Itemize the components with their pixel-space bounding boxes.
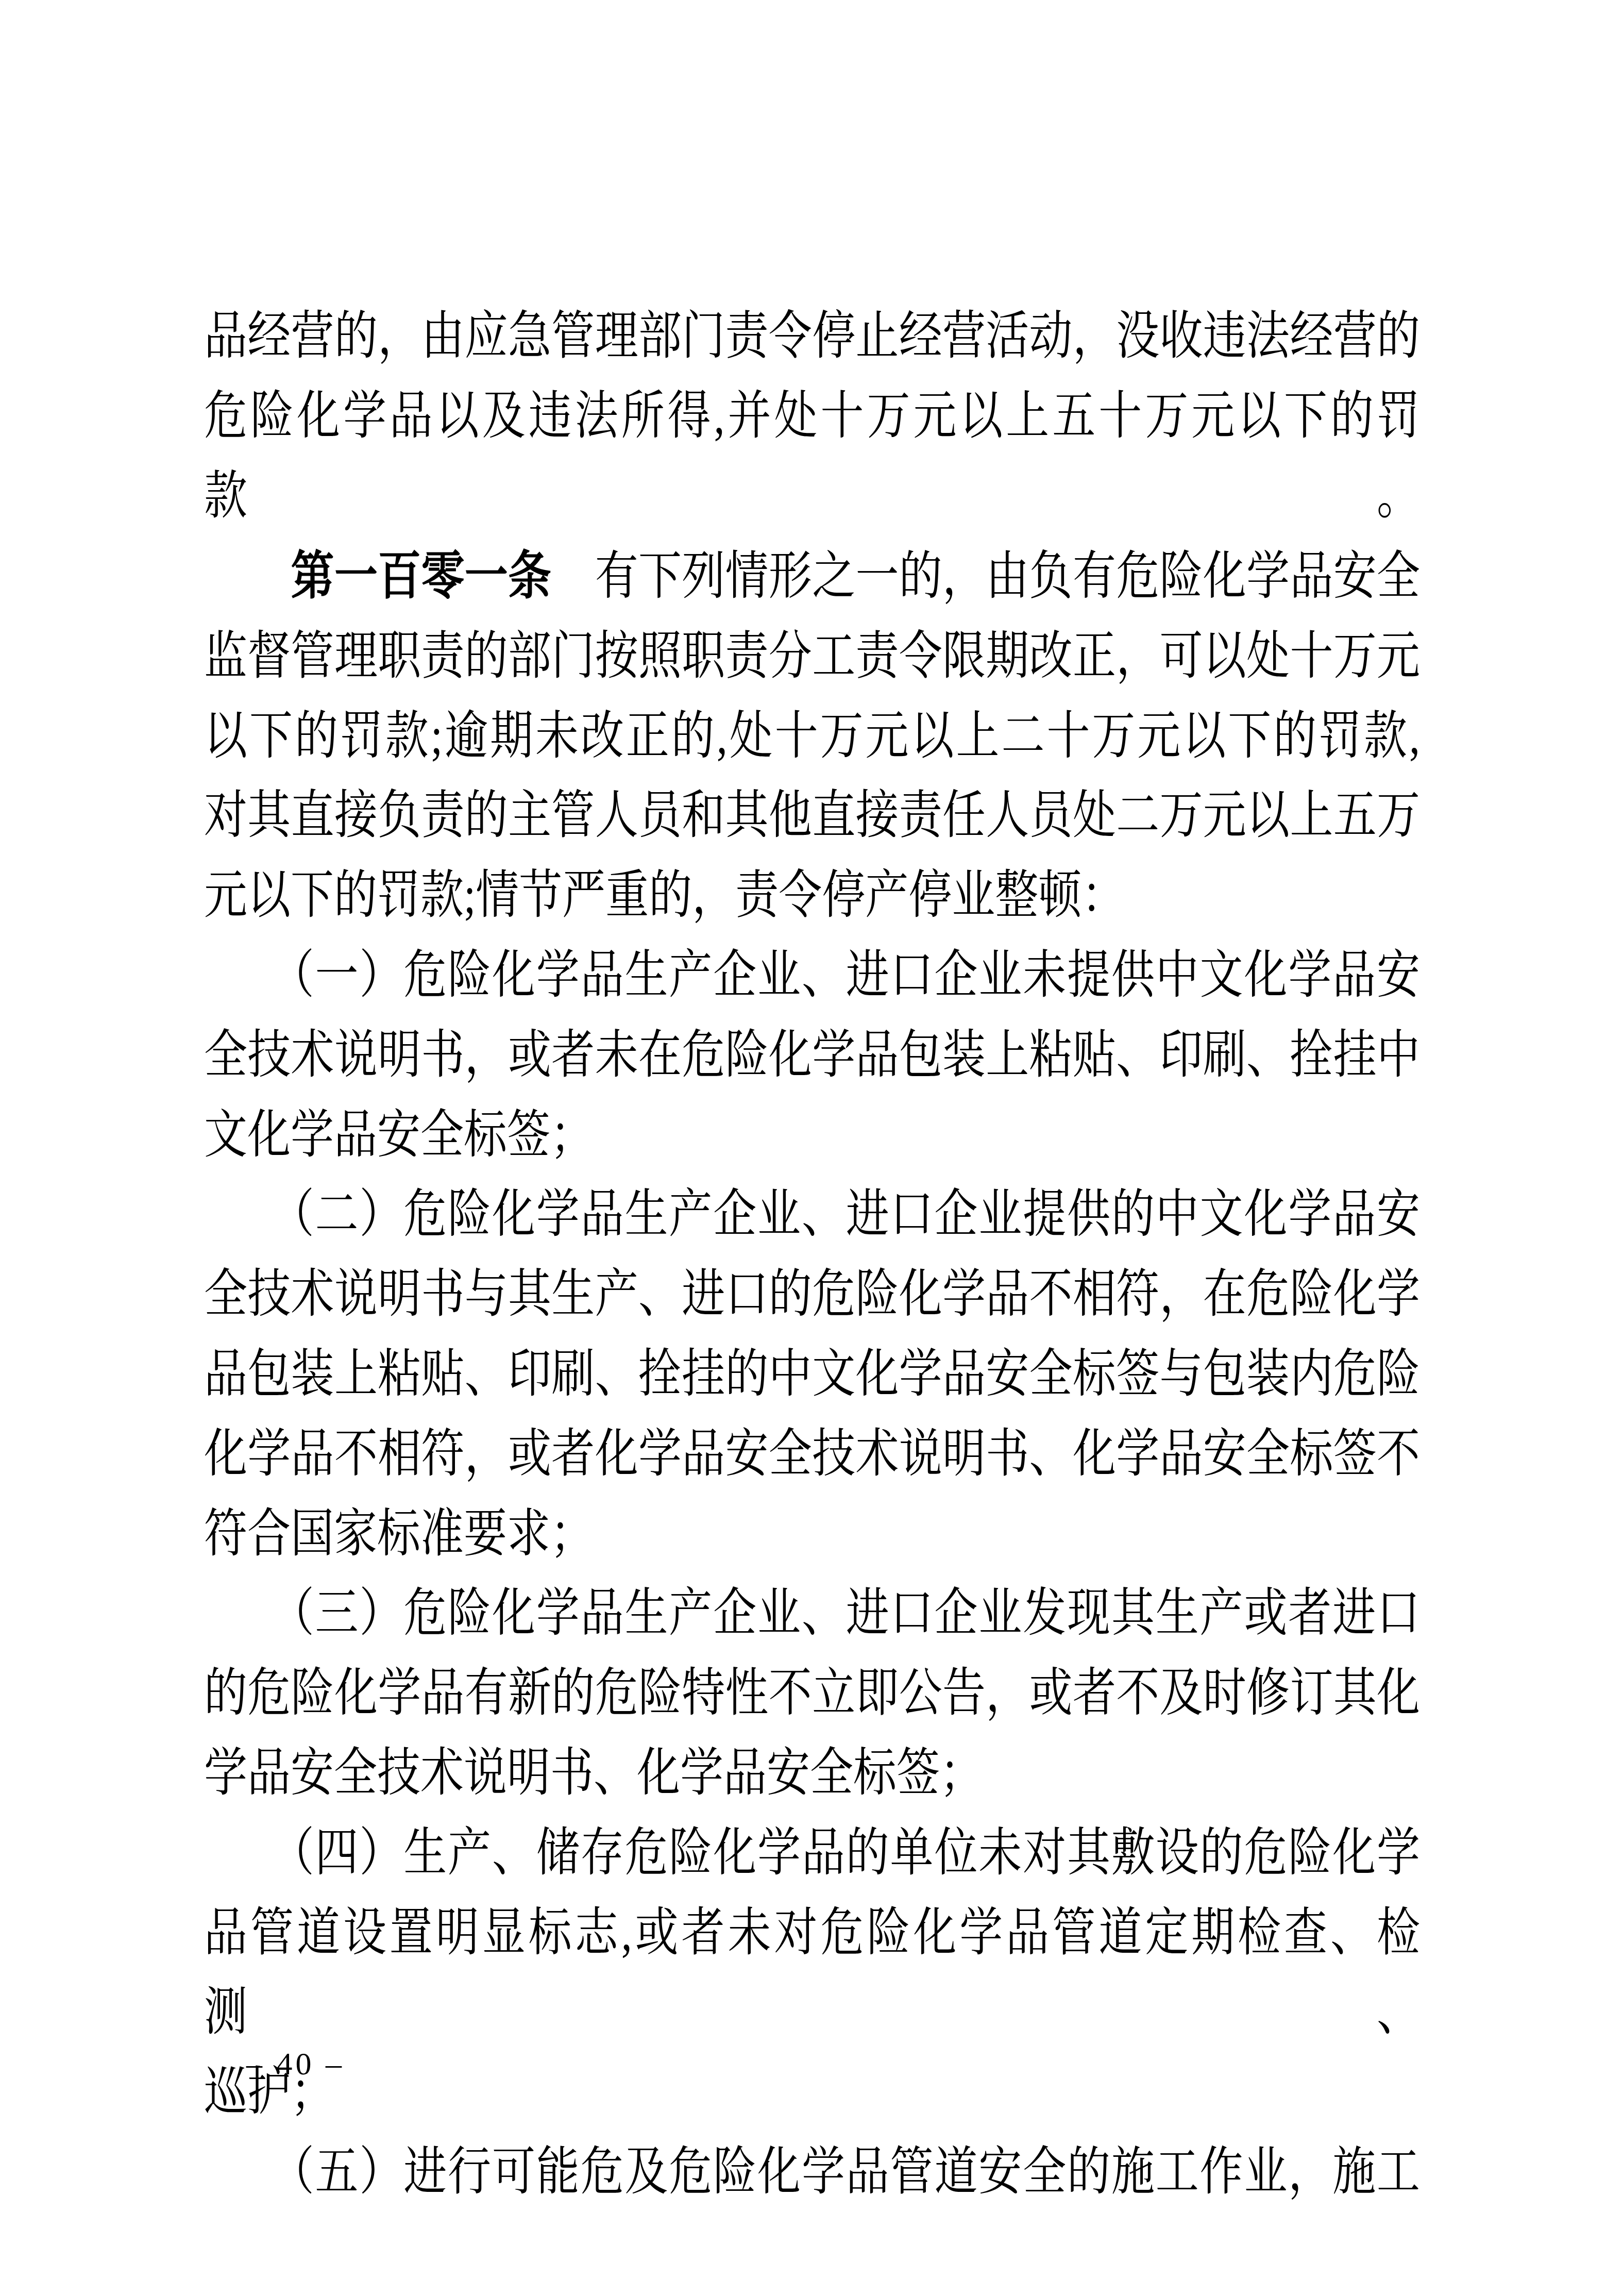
text-line: 以下的罚款;逾期未改正的,处十万元以上二十万元以下的罚款, xyxy=(204,696,1420,776)
text-line: 元以下的罚款;情节严重的，责令停产停业整顿： xyxy=(204,856,1420,936)
text-run: 品经营的，由应急管理部门责令停止经营活动，没收违法经营的 xyxy=(204,308,1420,366)
text-run: 对其直接负责的主管人员和其他直接责任人员处二万元以上五万 xyxy=(204,787,1420,845)
text-run: 全技术说明书与其生产、进口的危险化学品不相符，在危险化学 xyxy=(204,1266,1420,1323)
text-line: 品包装上粘贴、印刷、拴挂的中文化学品安全标签与包装内危险 xyxy=(204,1335,1420,1415)
text-line: 品经营的，由应急管理部门责令停止经营活动，没收违法经营的 xyxy=(204,297,1420,377)
text-line: 的危险化学品有新的危险特性不立即公告，或者不及时修订其化 xyxy=(204,1654,1420,1734)
text-run: 化学品不相符，或者化学品安全技术说明书、化学品安全标签不 xyxy=(204,1426,1420,1483)
text-run xyxy=(204,548,291,606)
text-line: （三）危险化学品生产企业、进口企业发现其生产或者进口 xyxy=(204,1574,1420,1654)
text-line: （一）危险化学品生产企业、进口企业未提供中文化学品安 xyxy=(204,936,1420,1016)
text-run: （五）进行可能危及危险化学品管道安全的施工作业，施工 xyxy=(204,2143,1420,2201)
text-run: 元以下的罚款;情节严重的，责令停产停业整顿： xyxy=(204,867,1125,925)
text-line: 学品安全技术说明书、化学品安全标签； xyxy=(204,1734,1420,1814)
text-run: 全技术说明书，或者未在危险化学品包装上粘贴、印刷、拴挂中 xyxy=(204,1027,1420,1084)
text-line: 全技术说明书与其生产、进口的危险化学品不相符，在危险化学 xyxy=(204,1255,1420,1335)
text-line: 监督管理职责的部门按照职责分工责令限期改正，可以处十万元 xyxy=(204,616,1420,696)
text-run: 的危险化学品有新的危险特性不立即公告，或者不及时修订其化 xyxy=(204,1665,1420,1722)
text-line: 品管道设置明显标志,或者未对危险化学品管道定期检查、检测、 xyxy=(204,1893,1420,2053)
text-line: 符合国家标准要求； xyxy=(204,1494,1420,1574)
text-run: 品包装上粘贴、印刷、拴挂的中文化学品安全标签与包装内危险 xyxy=(204,1346,1420,1403)
text-run: 危险化学品以及违法所得,并处十万元以上五十万元以下的罚款。 xyxy=(204,388,1420,525)
text-run: （一）危险化学品生产企业、进口企业未提供中文化学品安 xyxy=(204,947,1420,1004)
text-run: 监督管理职责的部门按照职责分工责令限期改正，可以处十万元 xyxy=(204,628,1420,685)
text-line: （四）生产、储存危险化学品的单位未对其敷设的危险化学 xyxy=(204,1813,1420,1893)
text-run: （三）危险化学品生产企业、进口企业发现其生产或者进口 xyxy=(204,1585,1420,1643)
article-number-bold: 第一百零一条 xyxy=(291,547,552,605)
text-line: 第一百零一条 有下列情形之一的，由负有危险化学品安全 xyxy=(204,536,1420,616)
text-run: 以下的罚款;逾期未改正的,处十万元以上二十万元以下的罚款, xyxy=(204,708,1420,765)
text-line: 文化学品安全标签； xyxy=(204,1095,1420,1175)
text-line: 巡护； xyxy=(204,2053,1420,2133)
text-line: （二）危险化学品生产企业、进口企业提供的中文化学品安 xyxy=(204,1175,1420,1255)
text-run: 品管道设置明显标志,或者未对危险化学品管道定期检查、检测、 xyxy=(204,1904,1420,2041)
text-run: 学品安全技术说明书、化学品安全标签； xyxy=(204,1745,983,1802)
text-run: （四）生产、储存危险化学品的单位未对其敷设的危险化学 xyxy=(204,1824,1420,1882)
text-line: 危险化学品以及违法所得,并处十万元以上五十万元以下的罚款。 xyxy=(204,377,1420,537)
text-run: （二）危险化学品生产企业、进口企业提供的中文化学品安 xyxy=(204,1186,1420,1244)
text-line: 对其直接负责的主管人员和其他直接责任人员处二万元以上五万 xyxy=(204,776,1420,856)
page-number: – 40 – xyxy=(246,2040,345,2088)
text-run: 有下列情形之一的，由负有危险化学品安全 xyxy=(551,548,1420,606)
document-page: 品经营的，由应急管理部门责令停止经营活动，没收违法经营的危险化学品以及违法所得,… xyxy=(0,0,1623,2296)
text-line: （五）进行可能危及危险化学品管道安全的施工作业，施工 xyxy=(204,2133,1420,2213)
text-run: 文化学品安全标签； xyxy=(204,1107,594,1164)
text-line: 化学品不相符，或者化学品安全技术说明书、化学品安全标签不 xyxy=(204,1414,1420,1494)
text-line: 全技术说明书，或者未在危险化学品包装上粘贴、印刷、拴挂中 xyxy=(204,1015,1420,1095)
text-run: 符合国家标准要求； xyxy=(204,1505,594,1563)
document-body: 品经营的，由应急管理部门责令停止经营活动，没收违法经营的危险化学品以及违法所得,… xyxy=(204,297,1420,2212)
